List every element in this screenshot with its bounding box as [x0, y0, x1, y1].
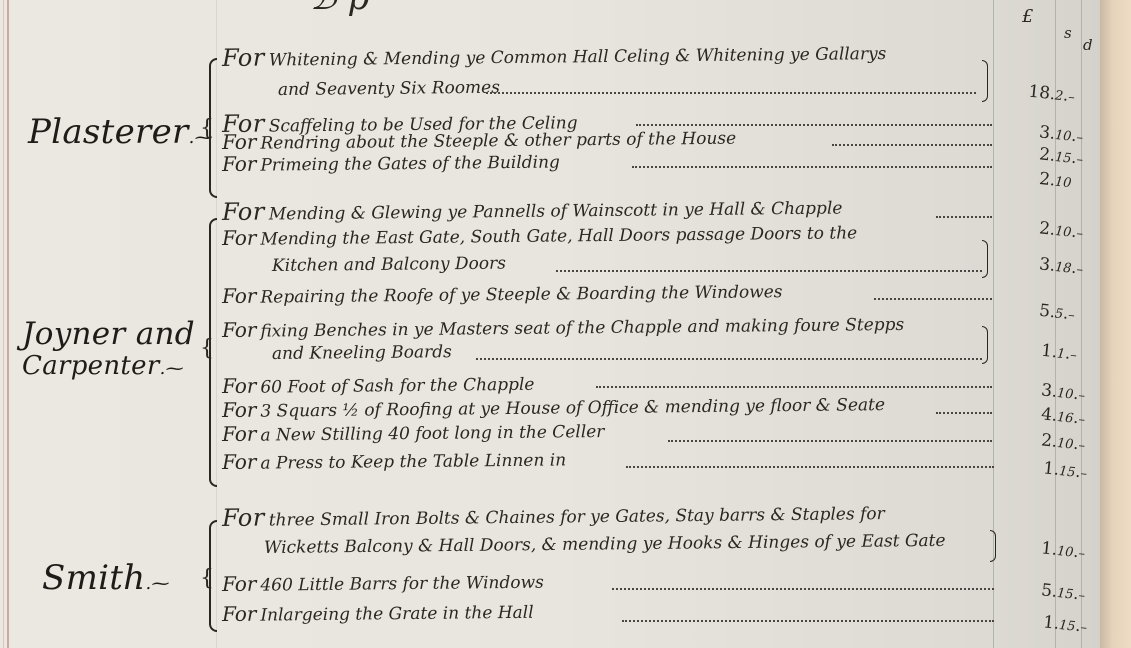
trade-label-joyner-carpenter: Joyner and Carpenter.⁓ [22, 318, 195, 385]
entry-plasterer-4: ForPrimeing the Gates of the Building [222, 148, 560, 176]
entry-carpenter-7: Fora New Stilling 40 foot long in the Ce… [222, 418, 605, 446]
column-header-pence: d [1083, 36, 1093, 54]
entry-carpenter-4-cont: and Kneeling Boards [272, 342, 452, 364]
margin-rule [7, 0, 9, 648]
entry-carpenter-8: Fora Press to Keep the Table Linnen in [222, 446, 566, 474]
column-header-shillings: s [1064, 24, 1072, 42]
entry-carpenter-2-cont: Kitchen and Balcony Doors [272, 254, 506, 276]
entry-smith-2: For460 Little Barrs for the Windows [222, 569, 544, 596]
margin-rule-outer [3, 0, 4, 648]
trade-label-plasterer: Plasterer.⁓ [28, 112, 213, 152]
column-header-pounds: £ [1022, 6, 1033, 27]
trade-label-smith: Smith.⁓ [42, 558, 170, 598]
entry-carpenter-5: For60 Foot of Sash for the Chapple [222, 371, 535, 398]
entry-smith-3: ForInlargeing the Grate in the Hall [222, 599, 534, 626]
entry-plasterer-1-cont: and Seaventy Six Roomes [278, 78, 500, 100]
page-heading-fragment: ℬ p [310, 0, 369, 18]
page-edge [1100, 0, 1131, 648]
